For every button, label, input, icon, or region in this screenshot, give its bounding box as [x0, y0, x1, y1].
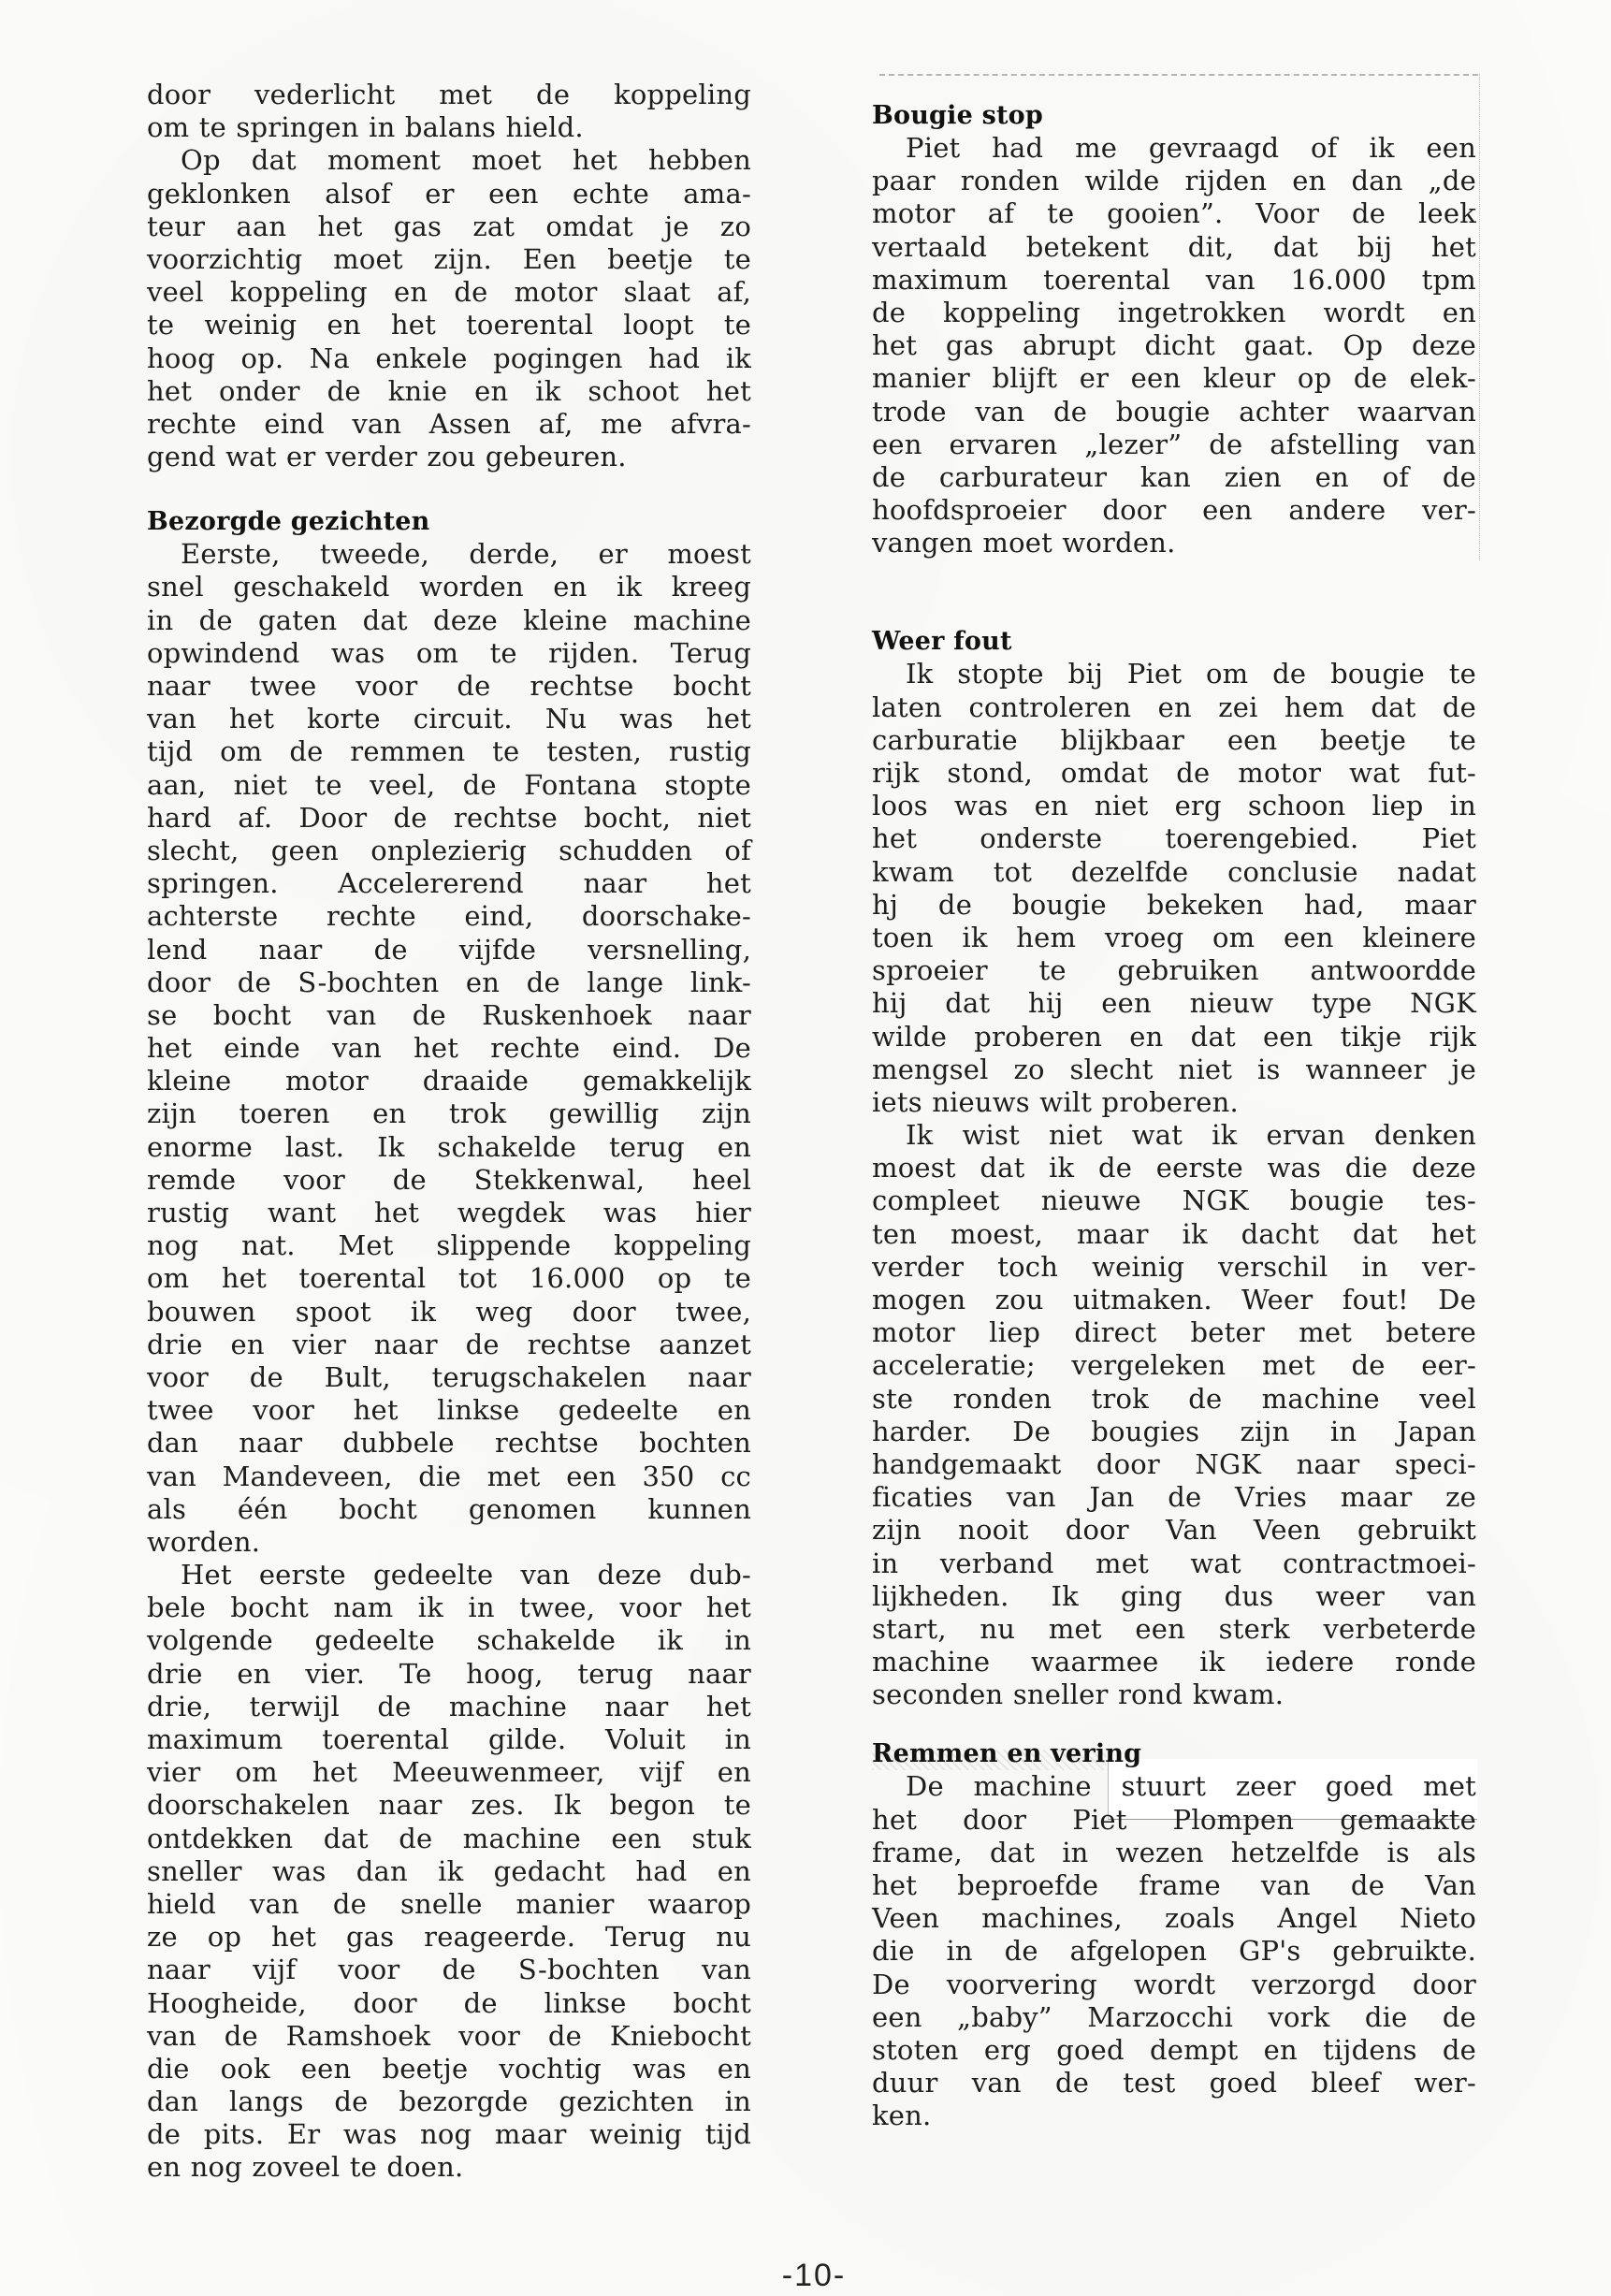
text-line: maximum toerental gilde. Voluit in [147, 1723, 751, 1756]
text-line: loos was en niet erg schoon liep in [872, 790, 1476, 822]
text-line: om te springen in balans hield. [147, 111, 751, 144]
text-line: Veen machines, zoals Angel Nieto [872, 1902, 1476, 1935]
text-line: het beproefde frame van de Van [872, 1869, 1476, 1902]
heading-bougie-stop: Bougie stop [872, 99, 1476, 132]
text-line: om het toerental tot 16.000 op te [147, 1262, 751, 1295]
text-line: twee voor het linkse gedeelte en [147, 1394, 751, 1427]
text-line: seconden sneller rond kwam. [872, 1678, 1476, 1711]
text-line: acceleratie; vergeleken met de eer- [872, 1349, 1476, 1382]
text-line: van de Ramshoek voor de Kniebocht [147, 2020, 751, 2053]
text-line: ficaties van Jan de Vries maar ze [872, 1481, 1476, 1514]
text-line: die ook een beetje vochtig was en [147, 2053, 751, 2085]
text-line: lijkheden. Ik ging dus weer van [872, 1580, 1476, 1613]
text-line: door de S-bochten en de lange link- [147, 966, 751, 999]
text-line: geklonken alsof er een echte ama- [147, 178, 751, 211]
text-line: compleet nieuwe NGK bougie tes- [872, 1184, 1476, 1217]
text-line: achterste rechte eind, doorschake- [147, 900, 751, 933]
text-line: ze op het gas reageerde. Terug nu [147, 1921, 751, 1954]
text-line: in verband met wat contractmoei- [872, 1548, 1476, 1580]
text-line: de pits. Er was nog maar weinig tijd [147, 2118, 751, 2151]
text-line: toen ik hem vroeg om een kleinere [872, 922, 1476, 954]
text-line: iets nieuws wilt proberen. [872, 1086, 1476, 1119]
text-line: gend wat er verder zou gebeuren. [147, 441, 751, 473]
text-line: vier om het Meeuwenmeer, vijf en [147, 1756, 751, 1789]
text-line: mogen zou uitmaken. Weer fout! De [872, 1284, 1476, 1316]
text-line: kwam tot dezelfde conclusie nadat [872, 856, 1476, 889]
text-line: als één bocht genomen kunnen [147, 1493, 751, 1526]
text-line: het door Piet Plompen gemaakte [872, 1804, 1476, 1837]
text-line: hj de bougie bekeken had, maar [872, 889, 1476, 922]
text-line: en nog zoveel te doen. [147, 2151, 751, 2184]
text-line: het onder de knie en ik schoot het [147, 375, 751, 408]
text-line: van het korte circuit. Nu was het [147, 703, 751, 735]
paragraph-piet-had: Piet had me gevraagd of ik eenpaar ronde… [872, 132, 1476, 559]
text-line: Ik stopte bij Piet om de bougie te [872, 658, 1476, 690]
text-line: bele bocht nam ik in twee, voor het [147, 1591, 751, 1624]
text-line: de carburateur kan zien en of de [872, 461, 1476, 494]
text-line: trode van de bougie achter waarvan [872, 396, 1476, 429]
text-line: opwindend was om te rijden. Terug [147, 637, 751, 670]
text-line: nog nat. Met slippende koppeling [147, 1229, 751, 1262]
text-line: Het eerste gedeelte van deze dub- [147, 1559, 751, 1591]
text-line: dan langs de bezorgde gezichten in [147, 2085, 751, 2118]
text-line: sneller was dan ik gedacht had en [147, 1855, 751, 1888]
text-line: start, nu met een sterk verbeterde [872, 1613, 1476, 1646]
heading-weer-fout: Weer fout [872, 625, 1476, 658]
text-line: rustig want het wegdek was hier [147, 1197, 751, 1229]
text-line: manier blijft er een kleur op de elek- [872, 362, 1476, 395]
text-line: die in de afgelopen GP's gebruikte. [872, 1935, 1476, 1968]
heading-bezorgde-gezichten: Bezorgde gezichten [147, 505, 751, 538]
text-line: paar ronden wilde rijden en dan „de [872, 165, 1476, 197]
text-line: hoofdsproeier door een andere ver- [872, 494, 1476, 527]
text-line: De machine stuurt zeer goed met [872, 1770, 1476, 1803]
text-line: in de gaten dat deze kleine machine [147, 604, 751, 637]
text-line: doorschakelen naar zes. Ik begon te [147, 1789, 751, 1822]
text-line: ten moest, maar ik dacht dat het [872, 1218, 1476, 1251]
right-column: Bougie stop Piet had me gevraagd of ik e… [872, 99, 1476, 2133]
text-line: rijk stond, omdat de motor wat fut- [872, 757, 1476, 790]
column-top-rule [879, 74, 1478, 76]
text-line: een ervaren „lezer” de afstelling van [872, 429, 1476, 461]
text-line: dan naar dubbele rechtse bochten [147, 1427, 751, 1460]
text-line: het onderste toerengebied. Piet [872, 822, 1476, 855]
text-line: Eerste, tweede, derde, er moest [147, 538, 751, 571]
text-line: snel geschakeld worden en ik kreeg [147, 571, 751, 603]
text-line: drie en vier. Te hoog, terug naar [147, 1658, 751, 1691]
text-line: machine waarmee ik iedere ronde [872, 1646, 1476, 1678]
text-line: vangen moet worden. [872, 527, 1476, 559]
text-line: maximum toerental van 16.000 tpm [872, 264, 1476, 297]
text-line: teur aan het gas zat omdat je zo [147, 211, 751, 243]
column-right-rule [1479, 74, 1480, 560]
text-line: de koppeling ingetrokken wordt en [872, 297, 1476, 329]
text-line: worden. [147, 1526, 751, 1559]
text-line: duur van de test goed bleef wer- [872, 2067, 1476, 2100]
text-line: door vederlicht met de koppeling [147, 79, 751, 111]
paragraph-op-dat-moment: Op dat moment moet het hebbengeklonken a… [147, 144, 751, 473]
text-line: Ik wist niet wat ik ervan denken [872, 1119, 1476, 1152]
paragraph-eerste-tweede: Eerste, tweede, derde, er moestsnel gesc… [147, 538, 751, 1559]
text-line: kleine motor draaide gemakkelijk [147, 1065, 751, 1097]
text-line: carburatie blijkbaar een beetje te [872, 724, 1476, 757]
text-line: het einde van het rechte eind. De [147, 1032, 751, 1065]
text-line: voor de Bult, terugschakelen naar [147, 1361, 751, 1394]
text-line: zijn nooit door Van Veen gebruikt [872, 1514, 1476, 1547]
spacer [872, 1711, 1476, 1737]
text-line: van Mandeveen, die met een 350 cc [147, 1460, 751, 1493]
text-line: motor af te gooien”. Voor de leek [872, 197, 1476, 230]
text-line: zijn toeren en trok gewillig zijn [147, 1097, 751, 1130]
text-line: ontdekken dat de machine een stuk [147, 1823, 751, 1855]
text-line: een „baby” Marzocchi vork die de [872, 2001, 1476, 2034]
text-line: tijd om de remmen te testen, rustig [147, 735, 751, 768]
text-line: springen. Accelererend naar het [147, 867, 751, 900]
text-line: Piet had me gevraagd of ik een [872, 132, 1476, 165]
spacer [872, 559, 1476, 625]
text-line: bouwen spoot ik weg door twee, [147, 1296, 751, 1329]
page-number: -10- [758, 2258, 870, 2294]
text-line: harder. De bougies zijn in Japan [872, 1416, 1476, 1448]
text-line: slecht, geen onplezierig schudden of [147, 835, 751, 867]
text-line: enorme last. Ik schakelde terug en [147, 1131, 751, 1164]
text-line: lend naar de vijfde versnelling, [147, 934, 751, 966]
paragraph-ik-wist-niet: Ik wist niet wat ik ervan denkenmoest da… [872, 1119, 1476, 1711]
text-line: voorzichtig moet zijn. Een beetje te [147, 243, 751, 276]
text-line: hoog op. Na enkele pogingen had ik [147, 342, 751, 375]
text-line: sproeier te gebruiken antwoordde [872, 954, 1476, 987]
text-line: stoten erg goed dempt en tijdens de [872, 2034, 1476, 2067]
text-line: ken. [872, 2100, 1476, 2132]
text-line: het gas abrupt dicht gaat. Op deze [872, 329, 1476, 362]
text-line: se bocht van de Ruskenhoek naar [147, 999, 751, 1032]
text-line: Hoogheide, door de linkse bocht [147, 1987, 751, 2020]
scanned-page: door vederlicht met de koppelingom te sp… [0, 0, 1611, 2296]
text-line: drie en vier naar de rechtse aanzet [147, 1329, 751, 1361]
text-line: naar twee voor de rechtse bocht [147, 670, 751, 703]
text-line: moest dat ik de eerste was die deze [872, 1152, 1476, 1184]
text-line: De voorvering wordt verzorgd door [872, 1969, 1476, 2001]
text-line: veel koppeling en de motor slaat af, [147, 276, 751, 309]
text-line: ste ronden trok de machine veel [872, 1383, 1476, 1416]
paragraph-ik-stopte: Ik stopte bij Piet om de bougie telaten … [872, 658, 1476, 1119]
paragraph-het-eerste-gedeelte: Het eerste gedeelte van deze dub-bele bo… [147, 1559, 751, 2185]
text-line: Op dat moment moet het hebben [147, 144, 751, 177]
text-line: volgende gedeelte schakelde ik in [147, 1624, 751, 1657]
text-line: vertaald betekent dit, dat bij het [872, 231, 1476, 264]
text-line: frame, dat in wezen hetzelfde is als [872, 1837, 1476, 1869]
text-line: mengsel zo slecht niet is wanneer je [872, 1054, 1476, 1086]
text-line: laten controleren en zei hem dat de [872, 691, 1476, 724]
text-line: hield van de snelle manier waarop [147, 1888, 751, 1921]
heading-remmen-en-vering: Remmen en vering [872, 1737, 1476, 1770]
text-line: verder toch weinig verschil in ver- [872, 1251, 1476, 1284]
paragraph-de-machine-stuurt: De machine stuurt zeer goed methet door … [872, 1770, 1476, 2132]
text-line: aan, niet te veel, de Fontana stopte [147, 769, 751, 802]
text-line: handgemaakt door NGK naar speci- [872, 1448, 1476, 1481]
text-line: hard af. Door de rechtse bocht, niet [147, 802, 751, 835]
text-line: motor liep direct beter met betere [872, 1316, 1476, 1349]
text-line: naar vijf voor de S-bochten van [147, 1954, 751, 1986]
text-line: wilde proberen en dat een tikje rijk [872, 1021, 1476, 1054]
text-line: hij dat hij een nieuw type NGK [872, 987, 1476, 1020]
text-line: te weinig en het toerental loopt te [147, 309, 751, 341]
paragraph-intro: door vederlicht met de koppelingom te sp… [147, 79, 751, 144]
spacer [147, 473, 751, 505]
text-line: remde voor de Stekkenwal, heel [147, 1164, 751, 1197]
left-column: door vederlicht met de koppelingom te sp… [147, 79, 751, 2185]
text-line: rechte eind van Assen af, me afvra- [147, 408, 751, 441]
text-line: drie, terwijl de machine naar het [147, 1691, 751, 1723]
